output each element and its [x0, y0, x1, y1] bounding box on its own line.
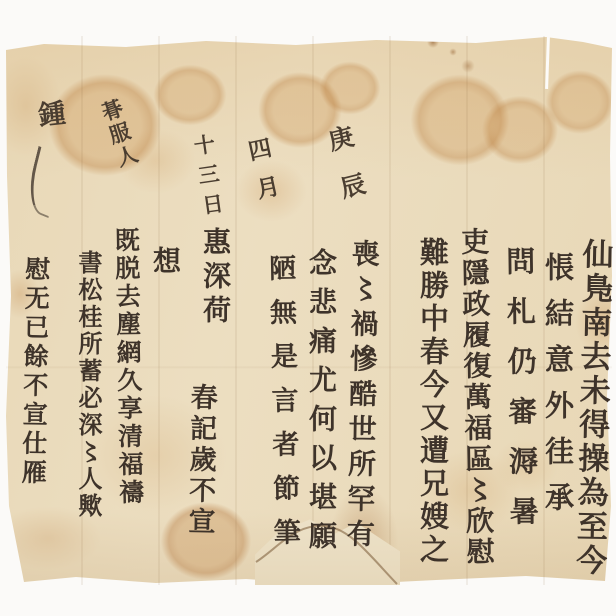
text-column-1: 仙鳬南去未得操為至今 — [572, 238, 610, 579]
text-column-2: 悵結意外徍承 — [543, 252, 572, 528]
text-column-9: 惠深荷 — [201, 227, 229, 329]
text-column-10: 春記歲不宣 — [185, 383, 215, 538]
text-column-3: 問札仍審溽暑 — [504, 246, 537, 546]
text-column-8: 陋無是言者節筆 — [266, 254, 298, 562]
text-column-14: 慰无已餘不宣仕雁 — [20, 256, 49, 488]
manuscript-photo: 仙鳬南去未得操為至今 悵結意外徍承 問札仍審溽暑 吏隱政履復萬福區〻欣慰 難勝中… — [0, 0, 616, 616]
text-column-11: 想 — [151, 246, 179, 274]
text-column-12: 既脱去塵網久享清福禱 — [113, 227, 143, 507]
text-column-6: 喪〻禍慘酷世所罕有 — [345, 239, 378, 554]
text-column-5: 難勝中春今又遭兄嫂之 — [418, 237, 447, 567]
text-column-7: 念悲痛尤何以堪願 — [307, 248, 335, 560]
text-column-13: 書松桂所蓄必深〻人歟 — [76, 250, 100, 520]
signature-name: 鍾 — [34, 99, 64, 129]
text-column-4: 吏隱政履復萬福區〻欣慰 — [459, 227, 493, 568]
